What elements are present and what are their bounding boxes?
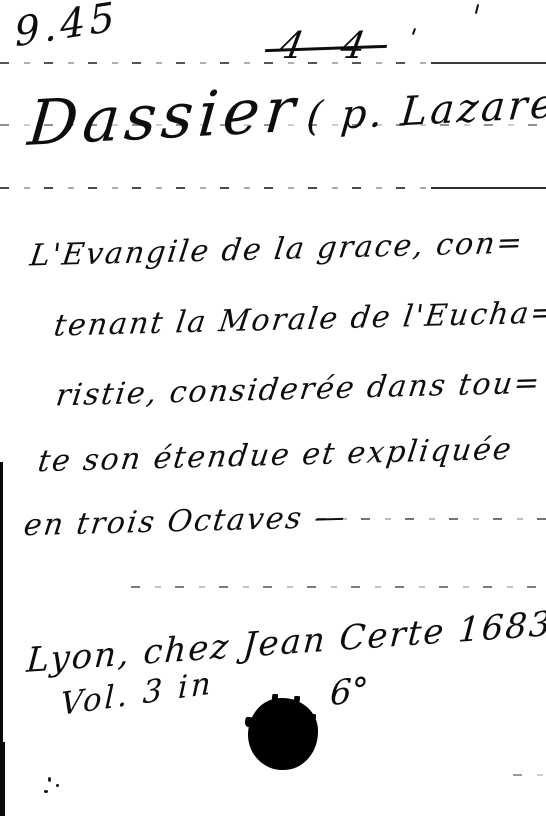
title-line-5: en trois Octaves — bbox=[22, 500, 349, 544]
ruled-line-below-heading bbox=[0, 187, 546, 189]
title-line-4: te son étendue et expliquée bbox=[36, 432, 515, 480]
heading: Dassier( p. Lazare ) bbox=[25, 57, 546, 160]
heading-author-name: Dassier bbox=[25, 72, 303, 160]
title-line-3: ristie, considerée dans tou= bbox=[54, 366, 544, 414]
title-line-1: L'Evangile de la grace, con= bbox=[28, 225, 526, 273]
title-line-2: tenant la Morale de l'Eucha= bbox=[52, 295, 546, 343]
ruled-line-mid bbox=[317, 518, 546, 520]
scan-speckle bbox=[56, 784, 59, 787]
scan-speckle bbox=[412, 28, 416, 35]
ruled-line-lower bbox=[131, 586, 546, 588]
collation-format: 6° bbox=[329, 670, 369, 714]
shelfmark: 9.45 bbox=[13, 0, 119, 56]
scan-speckle bbox=[475, 4, 479, 14]
ruled-line-bottom bbox=[513, 774, 546, 776]
scan-speckle bbox=[48, 777, 51, 782]
catalog-card-scan: 9.45 4 4 Dassier( p. Lazare ) L'Evangile… bbox=[0, 0, 546, 816]
heading-qualifier: ( p. Lazare ) bbox=[305, 79, 546, 140]
scan-speckle bbox=[44, 790, 48, 793]
scan-edge-line-thick bbox=[0, 742, 5, 816]
imprint-line: Lyon, chez Jean Certe 1683. bbox=[25, 603, 546, 681]
ink-blot bbox=[248, 698, 318, 770]
crossed-out-marks: 4 4 bbox=[276, 24, 368, 67]
